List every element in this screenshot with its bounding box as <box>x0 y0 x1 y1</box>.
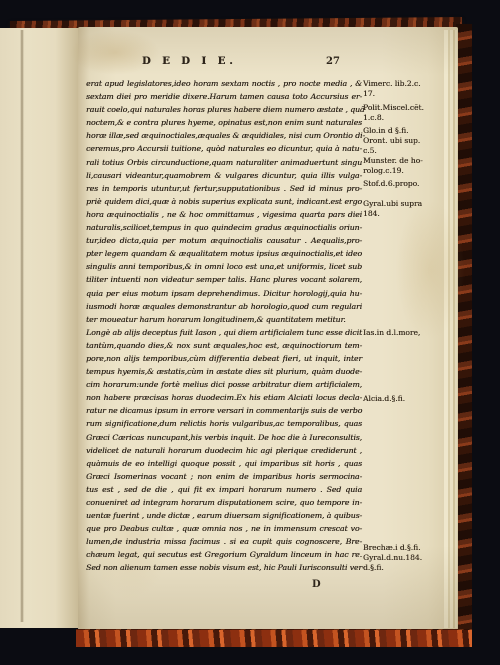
text-line: tur,ideo dicta,quia per motum æquinoctia… <box>86 234 362 247</box>
margin-note: Glo.in d §.fi. <box>363 126 449 136</box>
text-line: res in temporis utuntur,ut fertur,supput… <box>86 182 362 195</box>
text-line: pore,non alijs temporibus,cùm differenti… <box>86 352 362 365</box>
text-line: hora æquinoctialis , ne & hoc ommittamus… <box>86 208 362 221</box>
body-text-column: erat apud legislatores,ideo horam sextam… <box>86 77 362 575</box>
margin-note: Brechæ.i d.§.fi. Gyral.d.nu.184. d.§.fi. <box>363 543 449 572</box>
text-line: quia per eius motum ipsam deprehendimus.… <box>86 287 362 300</box>
text-line: rauit coelo,qui naturales horas plures h… <box>86 103 362 116</box>
text-line: cim horarum:unde fortè melius dici posse… <box>86 378 362 391</box>
running-header: D E D I E. <box>142 56 237 67</box>
margin-note: Alcia.d.§.fi. <box>363 394 449 404</box>
text-line: rum significatione,dum relictis horis vu… <box>86 417 362 430</box>
text-line: conueniret ad integram horarum disputati… <box>86 496 362 509</box>
page-gutter-fold <box>20 30 24 622</box>
page-number: 27 <box>326 56 340 67</box>
margin-note: Vimerc. lib.2.c. 17. <box>363 79 449 99</box>
text-line: tiliter intuenti non videatur semper tal… <box>86 273 362 286</box>
margin-note: Munster. de ho- rolog.c.19. <box>363 156 449 176</box>
text-line: iusmodi horæ æquales demonstrantur ab ho… <box>86 300 362 313</box>
text-line: naturalis,scilicet,tempus in quo quindec… <box>86 221 362 234</box>
text-line: uentæ fuerint , unde dictæ , earum diuer… <box>86 509 362 522</box>
text-line: tus est , sed de die , qui fit ex impari… <box>86 483 362 496</box>
margin-note: Gyral.ubi supra 184. <box>363 199 449 219</box>
text-line: chæum legat, qui secutus est Gregorium G… <box>86 548 362 561</box>
text-line: Græci Cæricas nuncupant,his verbis inqui… <box>86 431 362 444</box>
margin-note: Polit.Miscel.cēt. 1.c.8. <box>363 103 449 123</box>
text-line: ceremus,pro Accursii tuitione, quòd natu… <box>86 142 362 155</box>
text-line: quàmuis de eo intelligi quoque possit , … <box>86 457 362 470</box>
text-line: rali totius Orbis circunductione,quam na… <box>86 156 362 169</box>
margin-note: Oront. ubi sup. c.5. <box>363 136 449 156</box>
margin-note: Stof.d.6.propo. <box>363 179 449 189</box>
book-board-bottom-edge <box>76 629 472 647</box>
text-line: Græci Isomerinas vocant ; non enim de im… <box>86 470 362 483</box>
text-line: ratur ne dicamus ipsum in errore versari… <box>86 404 362 417</box>
text-line: erat apud legislatores,ideo horam sextam… <box>86 77 362 90</box>
text-line: non habere præcisas horas duodecim.Ex hi… <box>86 391 362 404</box>
text-line: singulis anni temporibus,& in omni loco … <box>86 260 362 273</box>
scanned-book-photo: D E D I E. 27 erat apud legislatores,ide… <box>0 0 500 665</box>
text-line: tantùm,quando dies,& nox sunt æquales,ho… <box>86 339 362 352</box>
text-line: tempus hyemis,& æstatis,cùm in æstate di… <box>86 365 362 378</box>
text-line: que pro Deabus cultæ , quæ omnia nos , n… <box>86 522 362 535</box>
text-line: horæ illæ,sed æquinoctiales,æquales & æq… <box>86 129 362 142</box>
text-line: li,causari videantur,quamobrem & vulgare… <box>86 169 362 182</box>
signature-mark: D <box>312 579 321 590</box>
text-line: priè quidem dici,quæ à nobis superius ex… <box>86 195 362 208</box>
book-board-right-edge <box>456 24 472 632</box>
text-line: ter moueatur harum horarum longitudinem,… <box>86 313 362 326</box>
text-line: videlicet de naturali horarum duodecim h… <box>86 444 362 457</box>
text-line: Longè ab alijs deceptus fuit Iason , qui… <box>86 326 362 339</box>
text-line: lumen,de industria missa facimus . si ea… <box>86 535 362 548</box>
text-line: pter legem quandam & æqualitatem motus i… <box>86 247 362 260</box>
text-line: noctem,& e contra plures hyeme, opinatus… <box>86 116 362 129</box>
margin-note: Ias.in d.l.more, <box>363 328 449 338</box>
text-line: Sed non alienum tamen esse nobis visum e… <box>86 561 362 574</box>
text-line: sextam diei pro meridie dixere.Harum tam… <box>86 90 362 103</box>
